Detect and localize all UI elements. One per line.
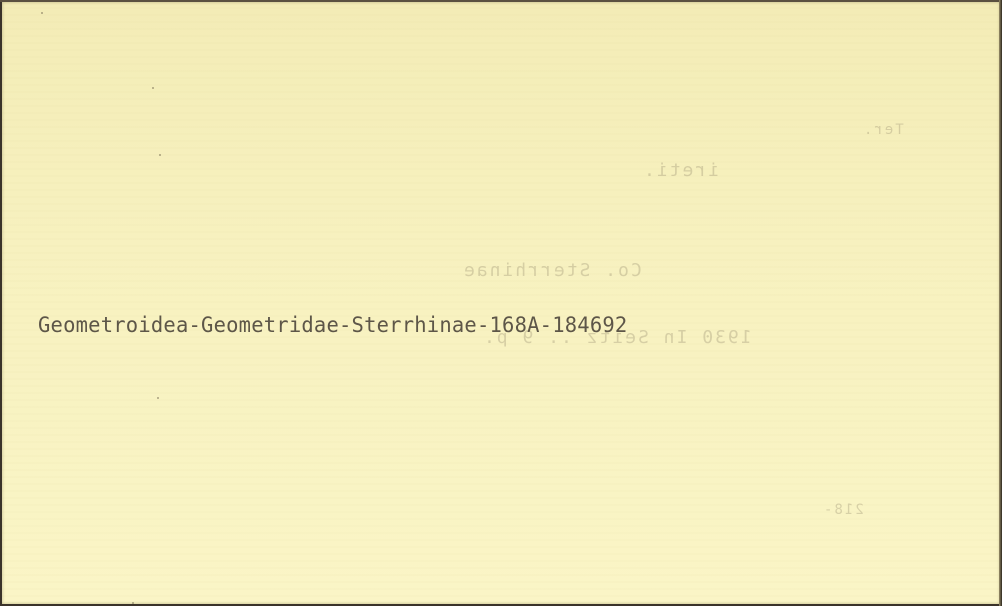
bleed-through-mark: Ter. (862, 122, 904, 138)
speck (157, 397, 159, 399)
card-top-edge (0, 0, 1002, 2)
taxonomy-label: Geometroidea-Geometridae-Sterrhinae-168A… (38, 312, 627, 337)
speck (159, 154, 161, 156)
bleed-through-mark: ireti. (642, 160, 719, 181)
bleed-through-mark: 218- (822, 502, 864, 518)
speck (132, 602, 134, 604)
speck (152, 87, 154, 89)
bleed-through-mark: Co. Sterrhinae (462, 260, 642, 281)
index-card: ireti. Co. Sterrhinae 1930 In Seitz .. 9… (2, 2, 1000, 604)
speck (41, 12, 43, 14)
